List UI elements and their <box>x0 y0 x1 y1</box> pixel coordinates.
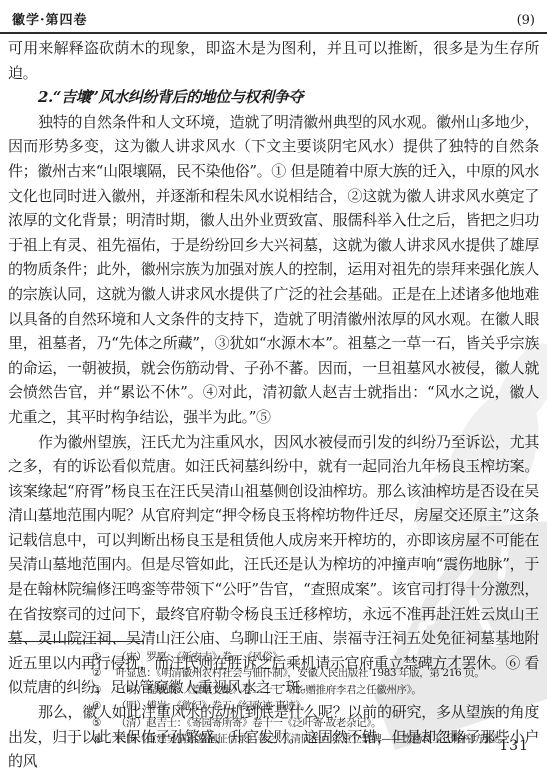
footnote-item: ③ （明）程敏政：《篁墩文集》卷二十七《序·赠推府李君之任徽州序》。 <box>92 682 539 698</box>
body-paragraph-continuation: 可用来解释盗砍荫木的现象，即盗木是为图利，并且可以推断，很多是为生存所迫。 <box>8 36 539 85</box>
footnote-marker: ② <box>92 665 116 681</box>
footnote-text: （明）傅岩：《歙纪》卷五《纪政迹·事迹》。 <box>116 698 539 714</box>
footnote-text: （明）程敏政：《篁墩文集》卷二十七《序·赠推府李君之任徽州序》。 <box>116 682 539 698</box>
footnote-marker: ① <box>92 649 116 665</box>
body-paragraph: 独特的自然条件和人文环境，造就了明清徽州典型的风水观。徽州山多地少，因而形势多变… <box>8 110 539 430</box>
footnotes-section: ① （宋）罗愿：《新安志》卷一《风俗》。 ② 叶显恩：《明清徽州农村社会与佃仆制… <box>8 641 539 747</box>
page-header: 徽学·第四卷 (9) <box>0 0 547 34</box>
footnote-text: 民国《重建吴清山墓祠征信录》卷之 《清同治九年重立禁碑——饬杨良玉迁移榨坊案》。 <box>116 731 539 747</box>
footnote-text: 叶显恩：《明清徽州农村社会与佃仆制》，安徽人民出版社 1983 年版，第 216… <box>116 665 539 681</box>
page-number: 131 <box>499 738 529 754</box>
footnote-item: ② 叶显恩：《明清徽州农村社会与佃仆制》，安徽人民出版社 1983 年版，第 2… <box>92 665 539 681</box>
footnote-marker: ③ <box>92 682 116 698</box>
footnote-item: ① （宋）罗愿：《新安志》卷一《风俗》。 <box>92 649 539 665</box>
footnote-item: ⑤ （清）赵吉士：《寄园寄所寄》卷十一《泛叶寄·故老杂记》。 <box>92 715 539 731</box>
section-heading: 2.“吉壤”风水纠纷背后的地位与权利争夺 <box>8 85 539 110</box>
footnote-text: （宋）罗愿：《新安志》卷一《风俗》。 <box>116 649 539 665</box>
running-title: 徽学·第四卷 <box>12 9 88 28</box>
footnote-text: （清）赵吉士：《寄园寄所寄》卷十一《泛叶寄·故老杂记》。 <box>116 715 539 731</box>
footnote-separator <box>8 641 144 642</box>
volume-page-marker: (9) <box>517 13 535 28</box>
footnote-item: ④ （明）傅岩：《歙纪》卷五《纪政迹·事迹》。 <box>92 698 539 714</box>
footnote-item: ⑥ 民国《重建吴清山墓祠征信录》卷之 《清同治九年重立禁碑——饬杨良玉迁移榨坊案… <box>92 731 539 747</box>
book-page: 徽学·第四卷 (9) 可用来解释盗砍荫木的现象，即盗木是为图利，并且可以推断，很… <box>0 0 547 769</box>
footnote-marker: ④ <box>92 698 116 714</box>
footnote-marker: ⑥ <box>92 731 116 747</box>
footnote-marker: ⑤ <box>92 715 116 731</box>
